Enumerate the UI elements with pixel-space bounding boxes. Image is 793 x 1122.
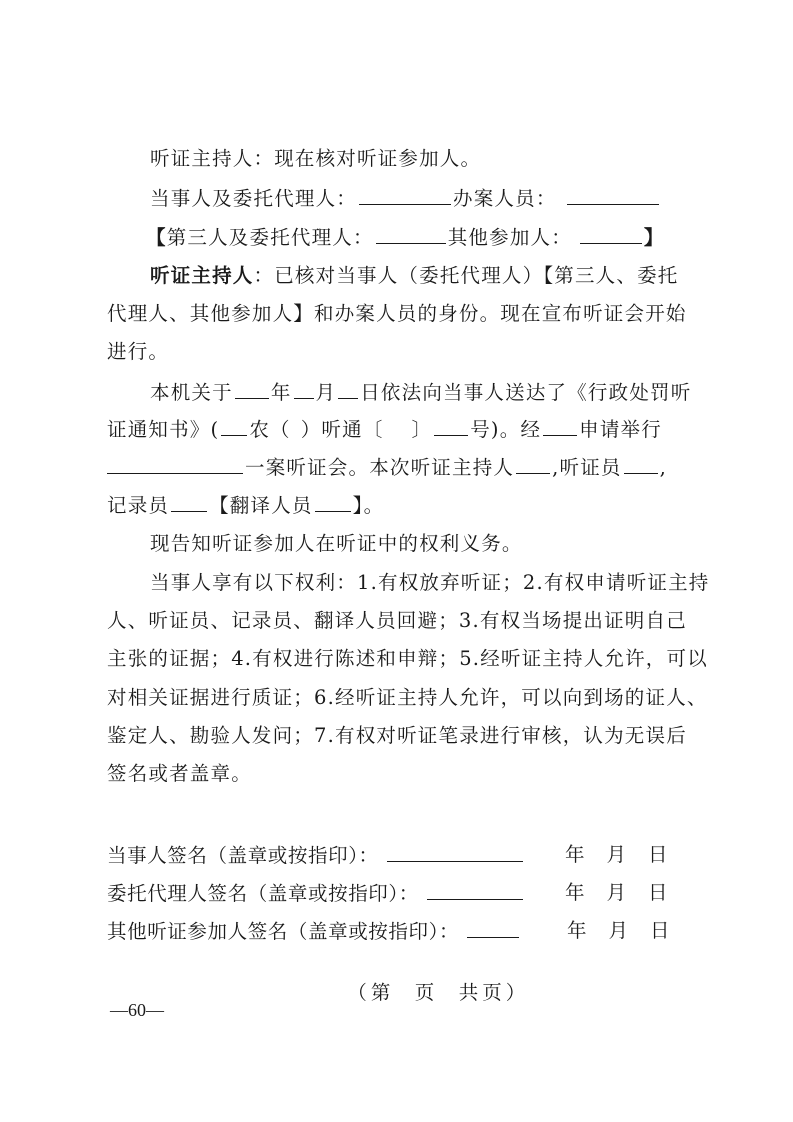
- signature-row-party: 当事人签名（盖章或按指印）：: [107, 843, 525, 868]
- verified-line-1: 听证主持人：已核对当事人（委托代理人）【第三人、委托: [150, 264, 678, 288]
- verified-text-2: 代理人、其他参加人】和办案人员的身份。现在宣布听证会开始: [107, 302, 687, 325]
- case-staff-label: 办案人员：: [453, 187, 557, 210]
- year-label: 年: [567, 919, 587, 942]
- notice-month-field[interactable]: [294, 380, 314, 399]
- month-label: 月: [316, 381, 337, 404]
- translator-field[interactable]: [315, 493, 351, 512]
- day-label: 日: [650, 919, 670, 942]
- rights-line: 鉴定人、勘验人发问；7.有权对听证笔录进行审核，认为无误后: [107, 724, 687, 748]
- rights-line: 人、听证员、记录员、翻译人员回避；3.有权当场提出证明自己: [107, 609, 687, 633]
- page-number: —60—: [110, 1000, 164, 1021]
- notice-text: 一案听证会。本次听证主持人: [245, 456, 514, 479]
- hearing-officer-field[interactable]: [624, 455, 658, 474]
- signature-date-agent: 年月日: [565, 881, 668, 905]
- notice-text: 记录员: [107, 494, 169, 517]
- third-party-label: 第三人及委托代理人：: [167, 226, 374, 249]
- notice-line-3: 一案听证会。本次听证主持人,听证员,: [107, 455, 667, 480]
- other-signature-field[interactable]: [467, 919, 519, 938]
- other-participants-label: 其他参加人：: [448, 226, 572, 249]
- rights-text: 主张的证据；4.有权进行陈述和申辩；5.经听证主持人允许，可以: [107, 647, 708, 670]
- notice-text: ,听证员: [552, 456, 622, 479]
- rights-line: 主张的证据；4.有权进行陈述和申辩；5.经听证主持人允许，可以: [107, 647, 708, 671]
- month-label: 月: [607, 843, 627, 866]
- year-label: 年: [271, 381, 292, 404]
- host-speaker-label: 听证主持人: [150, 264, 254, 287]
- applicant-field[interactable]: [543, 417, 577, 436]
- day-label: 日: [648, 843, 668, 866]
- case-staff-field[interactable]: [567, 186, 659, 205]
- signature-date-other: 年月日: [567, 919, 670, 943]
- verified-line-3: 进行。: [107, 340, 169, 364]
- third-party-field[interactable]: [376, 225, 446, 244]
- notice-line-1: 本机关于年月日依法向当事人送达了《行政处罚听: [150, 380, 691, 405]
- month-label: 月: [609, 919, 629, 942]
- notice-text: 】。: [353, 494, 385, 517]
- translator-label: 【翻译人员: [209, 494, 313, 517]
- rights-intro-text: 现告知听证参加人在听证中的权利义务。: [150, 532, 523, 555]
- notice-day-field[interactable]: [338, 380, 358, 399]
- page-number-text: —60—: [110, 1000, 164, 1020]
- notice-number-field[interactable]: [434, 417, 468, 436]
- rights-text: 人、听证员、记录员、翻译人员回避；3.有权当场提出证明自己: [107, 609, 687, 632]
- rights-text: 当事人享有以下权利：1.有权放弃听证；2.有权申请听证主持: [150, 571, 710, 594]
- month-label: 月: [607, 881, 627, 904]
- rights-text: 鉴定人、勘验人发问；7.有权对听证笔录进行审核，认为无误后: [107, 724, 687, 747]
- host-name-field[interactable]: [516, 455, 550, 474]
- signature-row-other: 其他听证参加人签名（盖章或按指印）：: [107, 919, 521, 944]
- party-staff-line: 当事人及委托代理人：办案人员：: [150, 186, 661, 211]
- day-label: 日: [648, 881, 668, 904]
- notice-text: 本机关于: [150, 381, 233, 404]
- notice-text: 〕: [412, 418, 433, 441]
- year-label: 年: [565, 843, 585, 866]
- notice-year-field[interactable]: [235, 380, 269, 399]
- verified-text-3: 进行。: [107, 340, 169, 363]
- notice-text: 证通知书》(: [107, 418, 219, 441]
- signature-label: 其他听证参加人签名（盖章或按指印）：: [107, 920, 459, 943]
- notice-text: ）听通〔: [301, 418, 384, 441]
- party-agent-label: 当事人及委托代理人：: [150, 187, 357, 210]
- signature-label: 委托代理人签名（盖章或按指印）：: [107, 882, 419, 905]
- notice-text: 农（: [249, 418, 290, 441]
- rights-intro-line: 现告知听证参加人在听证中的权利义务。: [150, 532, 523, 556]
- verify-participants-text: 听证主持人：现在核对听证参加人。: [150, 147, 481, 170]
- rights-line: 当事人享有以下权利：1.有权放弃听证；2.有权申请听证主持: [150, 571, 710, 595]
- party-agent-field[interactable]: [359, 186, 451, 205]
- signature-date-party: 年月日: [565, 843, 668, 867]
- year-label: 年: [565, 881, 585, 904]
- notice-line-4: 记录员【翻译人员】。: [107, 493, 384, 518]
- case-name-field[interactable]: [107, 455, 243, 474]
- rights-line: 签名或者盖章。: [107, 762, 252, 786]
- rights-line: 对相关证据进行质证；6.经听证主持人允许，可以向到场的证人、: [107, 686, 708, 710]
- signature-label: 当事人签名（盖章或按指印）：: [107, 844, 379, 867]
- notice-text: 申请举行: [579, 418, 662, 441]
- party-signature-field[interactable]: [387, 843, 523, 862]
- close-bracket: 】: [644, 226, 665, 249]
- rights-text: 对相关证据进行质证；6.经听证主持人允许，可以向到场的证人、: [107, 686, 708, 709]
- verified-text-1: ：已核对当事人（委托代理人）【第三人、委托: [254, 264, 679, 287]
- signature-row-agent: 委托代理人签名（盖章或按指印）：: [107, 881, 525, 906]
- page-count-text: （第 页 共页）: [347, 981, 529, 1004]
- page-count: （第 页 共页）: [327, 957, 529, 1005]
- notice-text: 日依法向当事人送达了《行政处罚听: [360, 381, 691, 404]
- notice-prefix-field[interactable]: [221, 417, 247, 436]
- notice-text: 号)。经: [470, 418, 541, 441]
- other-participants-field[interactable]: [580, 225, 642, 244]
- verify-participants-line: 听证主持人：现在核对听证参加人。: [150, 147, 481, 171]
- third-party-line: 【第三人及委托代理人：其他参加人：】: [146, 225, 665, 250]
- rights-text: 签名或者盖章。: [107, 762, 252, 785]
- agent-signature-field[interactable]: [427, 881, 523, 900]
- recorder-field[interactable]: [171, 493, 207, 512]
- verified-line-2: 代理人、其他参加人】和办案人员的身份。现在宣布听证会开始: [107, 302, 687, 326]
- notice-line-2: 证通知书》(农（）听通〔〕号)。经申请举行: [107, 417, 662, 442]
- notice-text: ,: [660, 456, 667, 479]
- open-bracket: 【: [146, 226, 167, 249]
